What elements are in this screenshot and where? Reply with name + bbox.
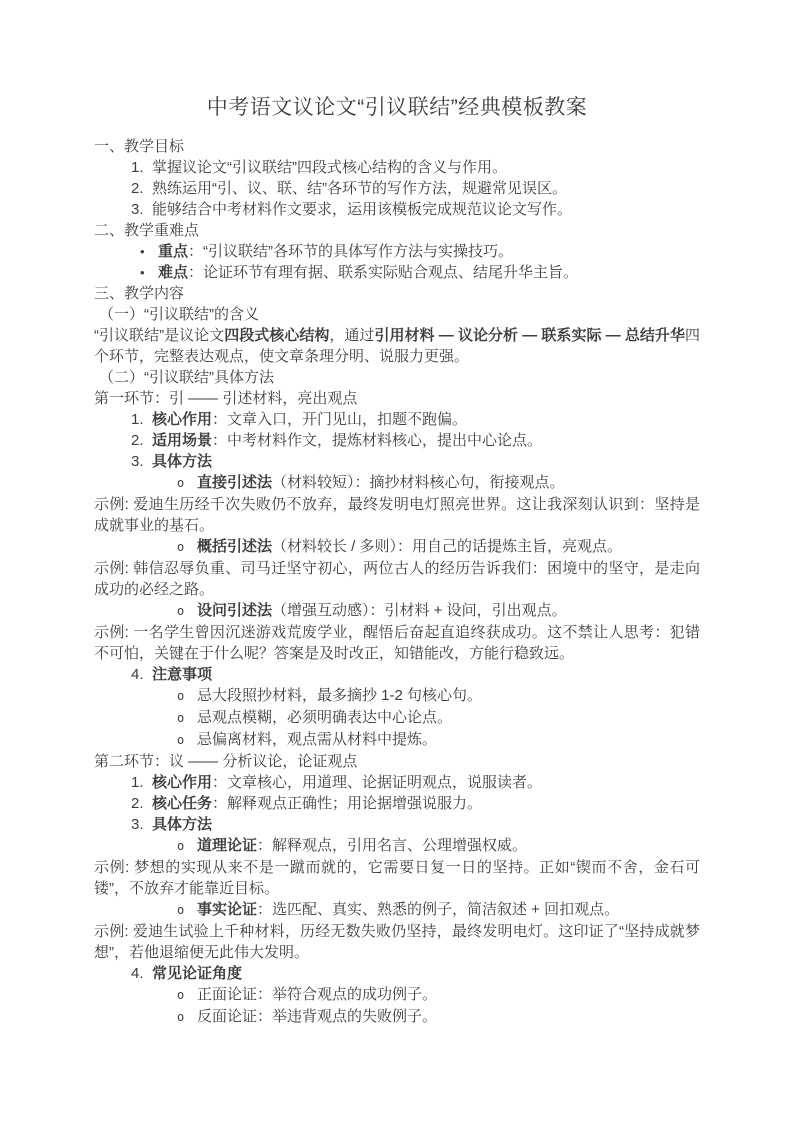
list-number: 4. <box>131 664 152 685</box>
text-run: 一、教学目标 <box>94 138 184 155</box>
numbered-item: 1.核心作用：文章入口，开门见山，扣题不跑偏。 <box>94 409 700 430</box>
text-run: 常见论证角度 <box>152 965 242 982</box>
text-run: 引用材料 — 议论分析 — 联系实际 — 总结升华 <box>374 327 685 344</box>
paragraph: 示例: 梦想的实现从来不是一蹴而就的，它需要日复一日的坚持。正如“锲而不舍，金石… <box>94 857 700 899</box>
paragraph: 示例: 韩信忍辱负重、司马迁坚守初心，两位古人的经历告诉我们：困境中的坚守，是走… <box>94 558 700 600</box>
numbered-item: 2.适用场景：中考材料作文，提炼材料核心，提出中心论点。 <box>94 430 700 451</box>
text-run: 核心任务 <box>152 795 212 812</box>
text-run: 直接引述法 <box>197 474 272 491</box>
text-run: ：文章入口，开门见山，扣题不跑偏。 <box>212 411 467 428</box>
text-run: 具体方法 <box>152 453 212 470</box>
numbered-item: 4.常见论证角度 <box>94 963 700 984</box>
bullet-icon: • <box>140 241 158 262</box>
text-run: 第二环节：议 —— 分析议论，论证观点 <box>94 753 357 770</box>
text-run: 正面论证：举符合观点的成功例子。 <box>197 986 437 1003</box>
circle-bullet-icon: o <box>177 900 197 921</box>
text-run: （材料较短）：摘抄材料核心句，衔接观点。 <box>272 474 565 491</box>
text-run: 核心作用 <box>152 411 212 428</box>
text-run: 示例: 梦想的实现从来不是一蹴而就的，它需要日复一日的坚持。正如“锲而不舍，金石… <box>94 859 700 897</box>
sub-bullet-item: o道理论证：解释观点，引用名言、公理增强权威。 <box>94 835 700 857</box>
paragraph: “引议联结”是议论文四段式核心结构，通过引用材料 — 议论分析 — 联系实际 —… <box>94 325 700 367</box>
subsection-heading: （一）“引议联结”的含义 <box>94 304 700 325</box>
text-run: 能够结合中考材料作文要求，运用该模板完成规范议论文写作。 <box>152 201 572 218</box>
bullet-item: •重点：“引议联结”各环节的具体写作方法与实操技巧。 <box>94 241 700 262</box>
text-run: （增强互动感）：引材料 + 设问，引出观点。 <box>272 602 567 619</box>
text-run: 适用场景 <box>152 432 212 449</box>
text-run: 熟练运用“引、议、联、结”各环节的写作方法，规避常见误区。 <box>152 180 567 197</box>
numbered-item: 4.注意事项 <box>94 664 700 685</box>
circle-bullet-icon: o <box>177 601 197 622</box>
paragraph: 第二环节：议 —— 分析议论，论证观点 <box>94 751 700 772</box>
text-run: ：中考材料作文，提炼材料核心，提出中心论点。 <box>212 432 542 449</box>
numbered-item: 1.掌握议论文“引议联结”四段式核心结构的含义与作用。 <box>94 157 700 178</box>
text-run: “引议联结”是议论文 <box>94 327 224 344</box>
text-run: ：选匹配、真实、熟悉的例子，简洁叙述 + 回扣观点。 <box>257 901 619 918</box>
document-title: 中考语文议论文“引议联结”经典模板教案 <box>94 96 700 119</box>
circle-bullet-icon: o <box>177 836 197 857</box>
numbered-item: 3.能够结合中考材料作文要求，运用该模板完成规范议论文写作。 <box>94 199 700 220</box>
sub-bullet-item: o概括引述法（材料较长 / 多则）：用自己的话提炼主旨，亮观点。 <box>94 536 700 558</box>
section-heading: 三、教学内容 <box>94 283 700 304</box>
sub-bullet-item: o忌观点模糊，必须明确表达中心论点。 <box>94 707 700 729</box>
list-number: 4. <box>131 963 152 984</box>
text-run: ：解释观点，引用名言、公理增强权威。 <box>257 837 527 854</box>
numbered-item: 3.具体方法 <box>94 814 700 835</box>
text-run: 示例: 韩信忍辱负重、司马迁坚守初心，两位古人的经历告诉我们：困境中的坚守，是走… <box>94 560 700 598</box>
sub-bullet-item: o正面论证：举符合观点的成功例子。 <box>94 984 700 1006</box>
text-run: 反面论证：举违背观点的失败例子。 <box>197 1008 437 1025</box>
text-run: 具体方法 <box>152 816 212 833</box>
text-run: ：“引议联结”各环节的具体写作方法与实操技巧。 <box>188 243 513 260</box>
text-run: 第一环节：引 —— 引述材料，亮出观点 <box>94 390 357 407</box>
text-run: 道理论证 <box>197 837 257 854</box>
circle-bullet-icon: o <box>177 537 197 558</box>
text-run: 重点 <box>158 243 188 260</box>
circle-bullet-icon: o <box>177 730 197 751</box>
text-run: 核心作用 <box>152 774 212 791</box>
document-body: 一、教学目标1.掌握议论文“引议联结”四段式核心结构的含义与作用。2.熟练运用“… <box>94 136 700 1028</box>
list-number: 3. <box>131 814 152 835</box>
list-number: 1. <box>131 409 152 430</box>
sub-bullet-item: o直接引述法（材料较短）：摘抄材料核心句，衔接观点。 <box>94 472 700 494</box>
circle-bullet-icon: o <box>177 473 197 494</box>
text-run: 忌偏离材料，观点需从材料中提炼。 <box>197 731 437 748</box>
text-run: 示例: 爱迪生试验上千种材料，历经无数失败仍坚持，最终发明电灯。这印证了“坚持成… <box>94 923 700 961</box>
numbered-item: 2.核心任务：解释观点正确性；用论据增强说服力。 <box>94 793 700 814</box>
sub-bullet-item: o忌大段照抄材料，最多摘抄 1-2 句核心句。 <box>94 685 700 707</box>
list-number: 3. <box>131 199 152 220</box>
circle-bullet-icon: o <box>177 686 197 707</box>
list-number: 2. <box>131 430 152 451</box>
text-run: 三、教学内容 <box>94 285 184 302</box>
bullet-icon: • <box>140 262 158 283</box>
text-run: 掌握议论文“引议联结”四段式核心结构的含义与作用。 <box>152 159 507 176</box>
list-number: 1. <box>131 772 152 793</box>
numbered-item: 1.核心作用：文章核心，用道理、论据证明观点，说服读者。 <box>94 772 700 793</box>
sub-bullet-item: o反面论证：举违背观点的失败例子。 <box>94 1006 700 1028</box>
sub-bullet-item: o忌偏离材料，观点需从材料中提炼。 <box>94 729 700 751</box>
text-run: ：文章核心，用道理、论据证明观点，说服读者。 <box>212 774 542 791</box>
list-number: 2. <box>131 793 152 814</box>
sub-bullet-item: o事实论证：选匹配、真实、熟悉的例子，简洁叙述 + 回扣观点。 <box>94 899 700 921</box>
subsection-heading: （二）“引议联结”具体方法 <box>94 367 700 388</box>
text-run: 示例: 一名学生曾因沉迷游戏荒废学业，醒悟后奋起直追终获成功。这不禁让人思考：犯… <box>94 624 700 662</box>
paragraph: 示例: 一名学生曾因沉迷游戏荒废学业，醒悟后奋起直追终获成功。这不禁让人思考：犯… <box>94 622 700 664</box>
paragraph: 示例: 爱迪生历经千次失败仍不放弃，最终发明电灯照亮世界。这让我深刻认识到：坚持… <box>94 494 700 536</box>
text-run: 二、教学重难点 <box>94 222 199 239</box>
text-run: 概括引述法 <box>197 538 272 555</box>
list-number: 1. <box>131 157 152 178</box>
text-run: 设问引述法 <box>197 602 272 619</box>
text-run: ：论证环节有理有据、联系实际贴合观点、结尾升华主旨。 <box>188 264 578 281</box>
list-number: 2. <box>131 178 152 199</box>
bullet-item: •难点：论证环节有理有据、联系实际贴合观点、结尾升华主旨。 <box>94 262 700 283</box>
text-run: 四段式核心结构 <box>224 327 329 344</box>
paragraph: 示例: 爱迪生试验上千种材料，历经无数失败仍坚持，最终发明电灯。这印证了“坚持成… <box>94 921 700 963</box>
numbered-item: 3.具体方法 <box>94 451 700 472</box>
text-run: ：解释观点正确性；用论据增强说服力。 <box>212 795 482 812</box>
circle-bullet-icon: o <box>177 985 197 1006</box>
document-page: 中考语文议论文“引议联结”经典模板教案 一、教学目标1.掌握议论文“引议联结”四… <box>0 0 794 1123</box>
text-run: 事实论证 <box>197 901 257 918</box>
section-heading: 一、教学目标 <box>94 136 700 157</box>
text-run: 忌观点模糊，必须明确表达中心论点。 <box>197 709 452 726</box>
text-run: 难点 <box>158 264 188 281</box>
text-run: （材料较长 / 多则）：用自己的话提炼主旨，亮观点。 <box>272 538 622 555</box>
list-number: 3. <box>131 451 152 472</box>
sub-bullet-item: o设问引述法（增强互动感）：引材料 + 设问，引出观点。 <box>94 600 700 622</box>
text-run: 示例: 爱迪生历经千次失败仍不放弃，最终发明电灯照亮世界。这让我深刻认识到：坚持… <box>94 496 700 534</box>
text-run: （一）“引议联结”的含义 <box>99 306 259 323</box>
text-run: 忌大段照抄材料，最多摘抄 1-2 句核心句。 <box>197 687 482 704</box>
section-heading: 二、教学重难点 <box>94 220 700 241</box>
paragraph: 第一环节：引 —— 引述材料，亮出观点 <box>94 388 700 409</box>
text-run: （二）“引议联结”具体方法 <box>99 369 274 386</box>
text-run: ，通过 <box>329 327 374 344</box>
circle-bullet-icon: o <box>177 1007 197 1028</box>
circle-bullet-icon: o <box>177 708 197 729</box>
text-run: 注意事项 <box>152 666 212 683</box>
numbered-item: 2.熟练运用“引、议、联、结”各环节的写作方法，规避常见误区。 <box>94 178 700 199</box>
